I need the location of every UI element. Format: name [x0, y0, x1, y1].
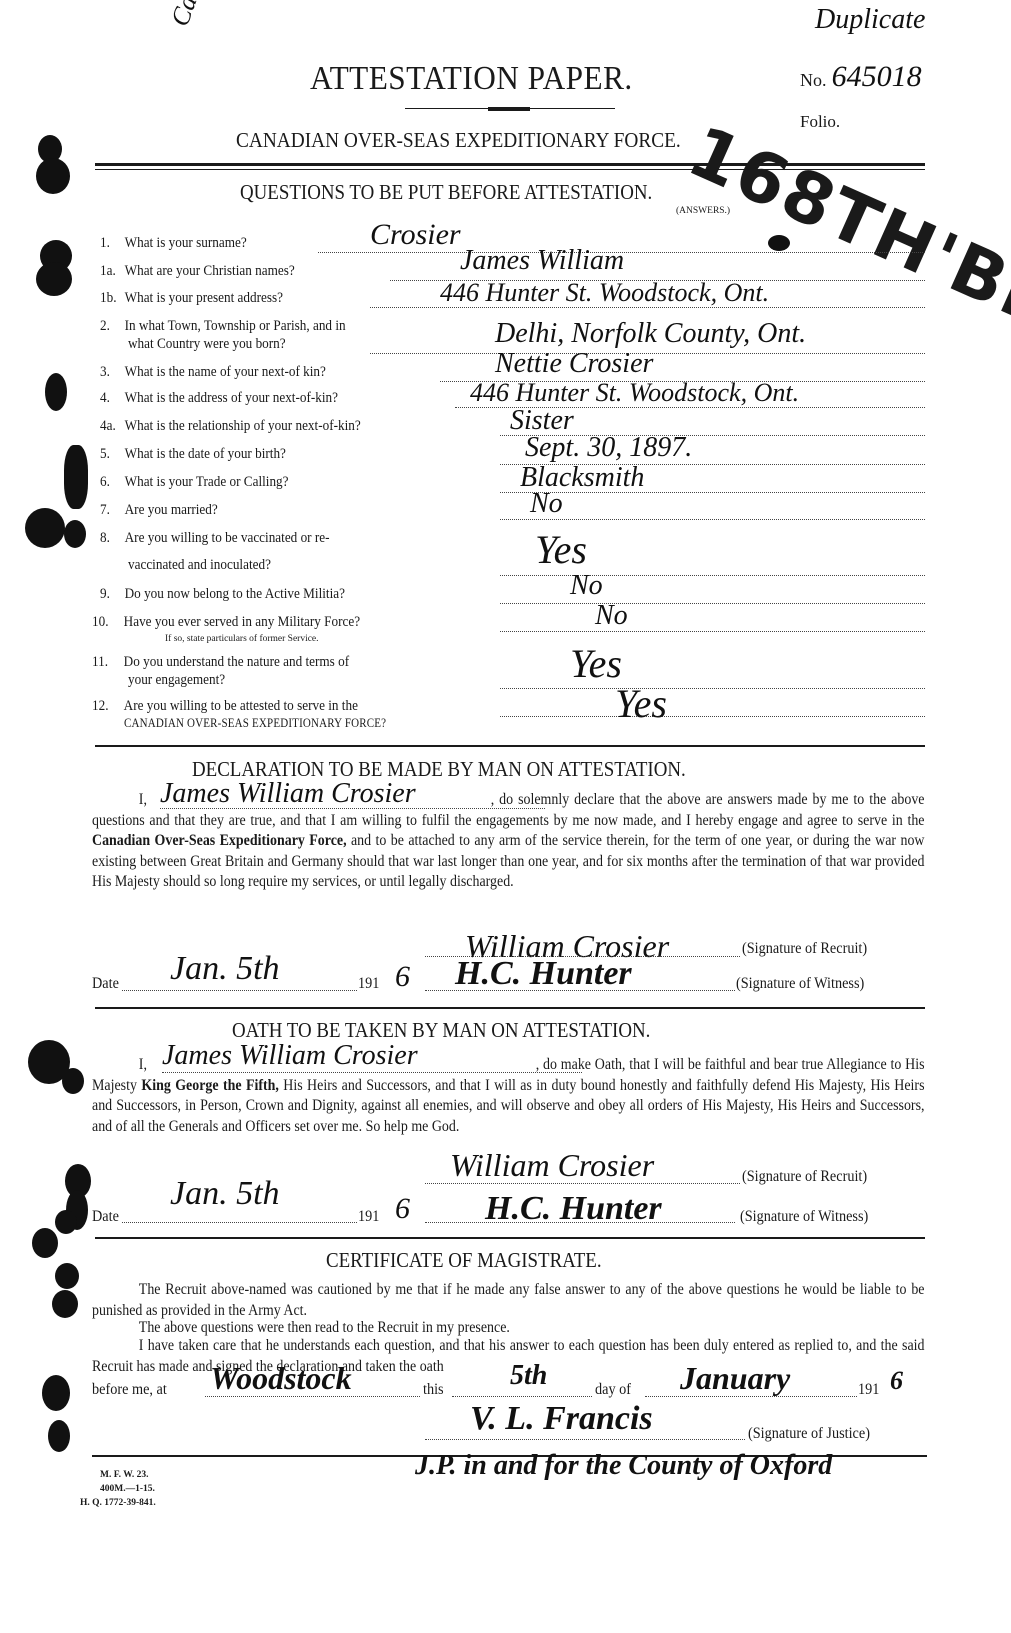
date-line	[122, 990, 357, 991]
question-2: 2.In what Town, Township or Parish, and …	[100, 318, 346, 335]
signature-line	[425, 1222, 735, 1223]
day-of-label: day of	[595, 1381, 631, 1399]
answer-military-service: No	[595, 600, 628, 632]
date-line	[122, 1222, 357, 1223]
ink-blob	[64, 520, 86, 548]
ink-blob	[62, 1068, 84, 1094]
ink-blob	[64, 445, 88, 509]
section-rule	[95, 1007, 925, 1009]
answer-surname: Crosier	[370, 218, 461, 252]
question-1a: 1a.What are your Christian names?	[100, 263, 295, 280]
answer-birthplace: Delhi, Norfolk County, Ont.	[495, 318, 806, 350]
question-10: 10.Have you ever served in any Military …	[92, 614, 360, 631]
answer-line	[500, 575, 925, 576]
oath-year-prefix: 191	[358, 1208, 379, 1226]
question-1b: 1b.What is your present address?	[100, 290, 283, 307]
answer-line	[500, 716, 925, 717]
question-4a: 4a.What is the relationship of your next…	[100, 418, 361, 435]
question-3: 3.What is the name of your next-of kin?	[100, 364, 326, 381]
handwritten-card-note: Card A.H.	[165, 0, 230, 30]
declaration-witness-label: (Signature of Witness)	[736, 975, 864, 993]
answer-willing-to-serve: Yes	[615, 680, 667, 727]
signature-line	[425, 990, 735, 991]
section-rule	[95, 745, 925, 747]
certificate-year-suffix: 6	[890, 1366, 903, 1396]
answer-line	[500, 688, 925, 689]
declaration-recruit-label: (Signature of Recruit)	[742, 940, 867, 958]
answer-present-address: 446 Hunter St. Woodstock, Ont.	[440, 278, 769, 308]
folio-label: Folio.	[800, 112, 840, 132]
certificate-month: January	[680, 1360, 790, 1397]
day-line	[452, 1396, 592, 1397]
justice-signature: V. L. Francis	[470, 1400, 653, 1438]
ink-blob	[25, 508, 65, 548]
question-6: 6.What is your Trade or Calling?	[100, 474, 289, 491]
handwritten-duplicate-note: Duplicate	[815, 4, 925, 36]
ink-blob	[32, 1228, 58, 1258]
certificate-year-prefix: 191	[858, 1381, 879, 1399]
questions-heading: QUESTIONS TO BE PUT BEFORE ATTESTATION.	[240, 180, 652, 205]
declaration-date-label: Date	[92, 975, 119, 993]
form-hq-ref: H. Q. 1772-39-841.	[80, 1498, 156, 1508]
declaration-text: I,, do solemnly declare that the above a…	[92, 790, 925, 893]
oath-text: I,, do make Oath, that I will be faithfu…	[92, 1055, 925, 1137]
answer-date-of-birth: Sept. 30, 1897.	[525, 432, 692, 464]
question-5: 5.What is the date of your birth?	[100, 446, 286, 463]
serial-number: No. 645018	[800, 60, 922, 94]
signature-line	[425, 1183, 740, 1184]
oath-date-label: Date	[92, 1208, 119, 1226]
ink-blob	[52, 1290, 78, 1318]
attestation-paper: Card A.H. Duplicate ATTESTATION PAPER. N…	[0, 0, 1011, 1633]
answer-line	[500, 631, 925, 632]
question-8-cont: vaccinated and inoculated?	[128, 557, 271, 574]
answer-next-of-kin-address: 446 Hunter St. Woodstock, Ont.	[470, 378, 799, 408]
oath-date-value: Jan. 5th	[170, 1175, 280, 1213]
question-8: 8.Are you willing to be vaccinated or re…	[100, 530, 330, 547]
question-12-cont: CANADIAN OVER-SEAS EXPEDITIONARY FORCE?	[124, 716, 386, 731]
answer-christian-names: James William	[460, 245, 624, 277]
answer-married: No	[530, 488, 563, 520]
force-subtitle: CANADIAN OVER-SEAS EXPEDITIONARY FORCE.	[236, 128, 681, 153]
ink-blob	[45, 373, 67, 411]
certificate-day: 5th	[510, 1360, 547, 1392]
question-1: 1.What is your surname?	[100, 235, 247, 252]
justice-note: J.P. in and for the County of Oxford	[415, 1450, 832, 1482]
question-7: 7.Are you married?	[100, 502, 218, 519]
question-10-note: If so, state particulars of former Servi…	[165, 634, 319, 644]
serial-number-label: No.	[800, 70, 827, 90]
question-11: 11.Do you understand the nature and term…	[92, 654, 349, 671]
oath-recruit-label: (Signature of Recruit)	[742, 1168, 867, 1186]
document-title: ATTESTATION PAPER.	[310, 60, 633, 98]
answer-next-of-kin-name: Nettie Crosier	[495, 348, 653, 380]
form-code: M. F. W. 23.	[100, 1470, 148, 1480]
question-2-cont: what Country were you born?	[128, 336, 286, 353]
certificate-heading: CERTIFICATE OF MAGISTRATE.	[326, 1248, 602, 1273]
oath-recruit-signature: William Crosier	[450, 1147, 654, 1184]
serial-number-value: 645018	[832, 60, 922, 93]
ink-blob	[768, 235, 790, 251]
ink-blob	[55, 1210, 77, 1234]
ink-blob	[42, 1375, 70, 1411]
justice-label: (Signature of Justice)	[748, 1425, 870, 1443]
ink-blob	[55, 1263, 79, 1289]
title-rule-accent	[488, 107, 530, 111]
ink-blob	[36, 262, 72, 296]
ink-blob	[48, 1420, 70, 1452]
signature-line	[425, 1439, 745, 1440]
declaration-year-suffix: 6	[395, 960, 410, 994]
declaration-year-prefix: 191	[358, 975, 379, 993]
question-4: 4.What is the address of your next-of-ki…	[100, 390, 338, 407]
answers-label: (ANSWERS.)	[676, 206, 730, 216]
question-9: 9.Do you now belong to the Active Militi…	[100, 586, 345, 603]
declaration-date-value: Jan. 5th	[170, 950, 280, 988]
question-11-cont: your engagement?	[128, 672, 225, 689]
oath-witness-label: (Signature of Witness)	[740, 1208, 868, 1226]
before-me-label: before me, at	[92, 1381, 167, 1399]
declaration-witness-signature: H.C. Hunter	[455, 955, 632, 993]
form-print-run: 400M.—1-15.	[100, 1484, 155, 1494]
section-rule	[95, 1237, 925, 1239]
ink-blob	[36, 158, 70, 194]
question-12: 12.Are you willing to be attested to ser…	[92, 698, 358, 715]
battalion-stamp: 168TH'BN	[677, 110, 1011, 348]
answer-line	[500, 603, 925, 604]
certificate-para-1: The Recruit above-named was cautioned by…	[92, 1280, 925, 1321]
this-label: this	[423, 1381, 444, 1399]
answer-vaccinated: Yes	[535, 526, 587, 573]
answer-active-militia: No	[570, 570, 603, 602]
oath-year-suffix: 6	[395, 1192, 410, 1226]
certificate-place: Woodstock	[210, 1360, 352, 1397]
answer-line	[500, 519, 925, 520]
